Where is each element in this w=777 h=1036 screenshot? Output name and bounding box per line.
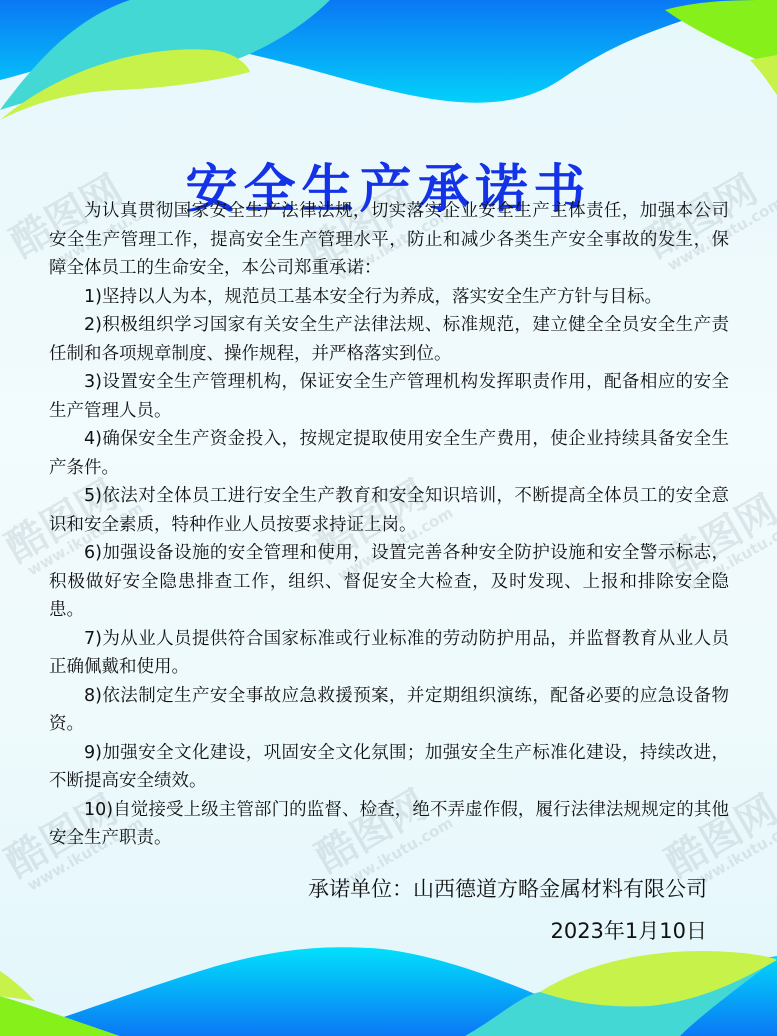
intro-paragraph: 为认真贯彻国家安全生产法律法规，切实落实企业安全生产主体责任，加强本公司安全生产… <box>49 197 729 283</box>
commitment-item-5: 5)依法对全体员工进行安全生产教育和安全知识培训，不断提高全体员工的安全意识和安… <box>49 482 729 539</box>
commitment-item-7: 7)为从业人员提供符合国家标准或行业标准的劳动防护用品，并监督教育从业人员正确佩… <box>49 625 729 682</box>
commitment-item-2: 2)积极组织学习国家有关安全生产法律法规、标准规范，建立健全全员安全生产责任制和… <box>49 311 729 368</box>
commitment-item-4: 4)确保安全生产资金投入，按规定提取使用安全生产费用，使企业持续具备安全生产条件… <box>49 425 729 482</box>
committing-unit: 承诺单位：山西德道方略金属材料有限公司 <box>308 868 707 910</box>
top-wave-decoration <box>0 0 777 150</box>
commitment-body: 为认真贯彻国家安全生产法律法规，切实落实企业安全生产主体责任，加强本公司安全生产… <box>49 197 729 853</box>
signature-date: 2023年1月10日 <box>308 910 707 952</box>
commitment-item-3: 3)设置安全生产管理机构，保证安全生产管理机构发挥职责作用，配备相应的安全生产管… <box>49 368 729 425</box>
commitment-item-10: 10)自觉接受上级主管部门的监督、检查，绝不弄虚作假，履行法律法规规定的其他安全… <box>49 796 729 853</box>
commitment-item-6: 6)加强设备设施的安全管理和使用，设置完善各种安全防护设施和安全警示标志，积极做… <box>49 539 729 625</box>
signature-block: 承诺单位：山西德道方略金属材料有限公司 2023年1月10日 <box>308 868 707 952</box>
commitment-item-9: 9)加强安全文化建设，巩固安全文化氛围；加强安全生产标准化建设，持续改进，不断提… <box>49 739 729 796</box>
commitment-item-1: 1)坚持以人为本，规范员工基本安全行为养成，落实安全生产方针与目标。 <box>49 283 729 312</box>
commitment-item-8: 8)依法制定生产安全事故应急救援预案，并定期组织演练，配备必要的应急设备物资。 <box>49 682 729 739</box>
